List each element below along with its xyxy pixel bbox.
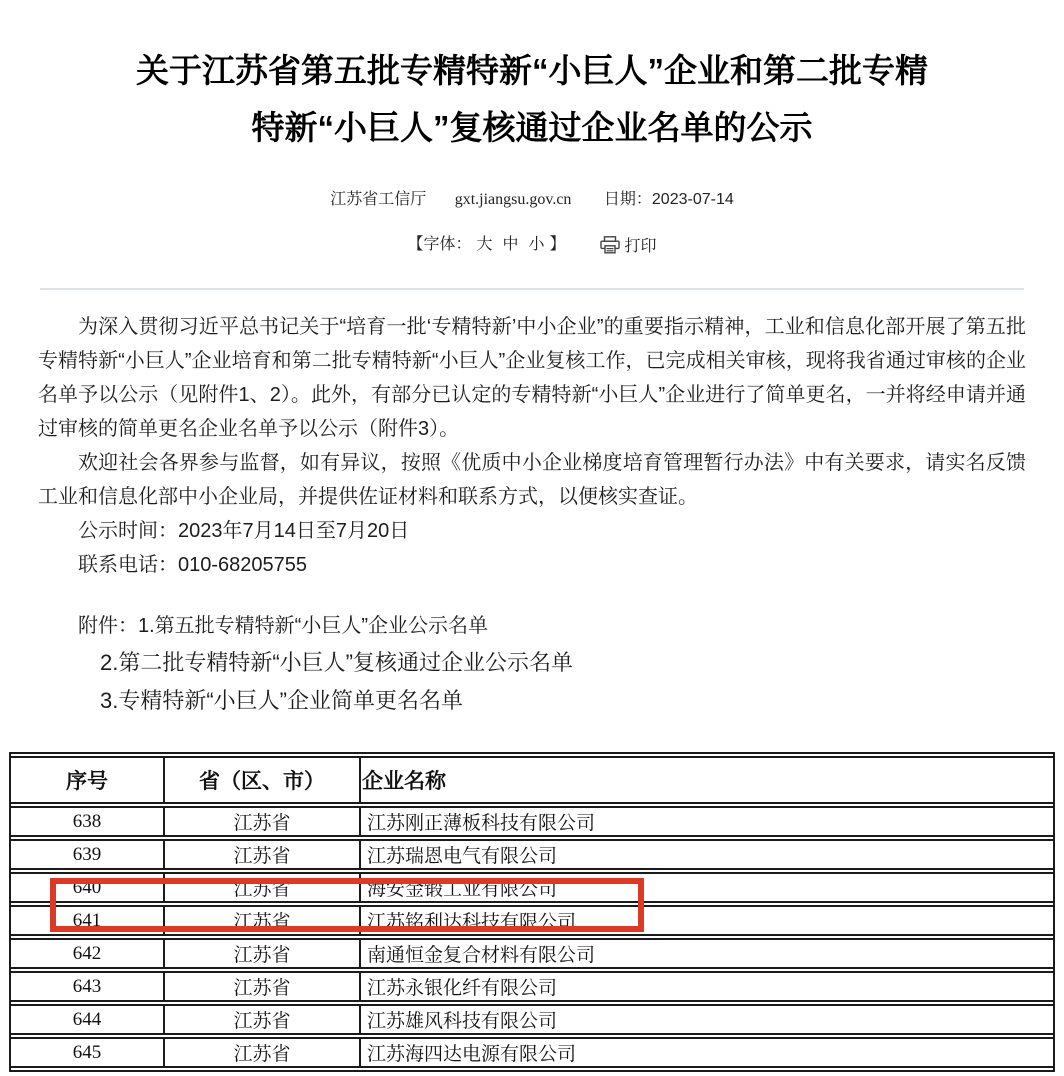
page-title-line1: 关于江苏省第五批专精特新“小巨人”企业和第二批专精 (0, 42, 1064, 99)
row-no: 643 (11, 971, 165, 1002)
row-company: 江苏雄风科技有限公司 (361, 1004, 1053, 1035)
font-size-large-button[interactable]: 大 (476, 236, 492, 253)
row-no: 641 (11, 905, 165, 936)
row-company: 海安金锻工业有限公司 (361, 872, 1053, 903)
table-row: 642 江苏省 南通恒金复合材料有限公司 (11, 938, 1053, 969)
row-no: 638 (11, 806, 165, 837)
attachment-item-2: 2.第二批专精特新“小巨人”复核通过企业公示名单 (38, 644, 1026, 682)
announcement-page: 关于江苏省第五批专精特新“小巨人”企业和第二批专精 特新“小巨人”复核通过企业名… (0, 0, 1064, 1076)
row-no: 642 (11, 938, 165, 969)
printer-icon (600, 236, 620, 254)
font-label-prefix: 【字体： (407, 236, 471, 253)
row-no: 639 (11, 839, 165, 870)
table-row: 641 江苏省 江苏铭利达科技有限公司 (11, 905, 1053, 936)
article-body: 为深入贯彻习近平总书记关于“培育一批‘专精特新’中小企业”的重要指示精神，工业和… (0, 290, 1064, 720)
row-province: 江苏省 (165, 839, 361, 870)
row-province: 江苏省 (165, 806, 361, 837)
header-serial-number: 序号 (11, 756, 165, 804)
font-size-medium-button[interactable]: 中 (502, 236, 518, 253)
company-table-body: 638 江苏省 江苏刚正薄板科技有限公司 639 江苏省 江苏瑞恩电气有限公司 … (11, 806, 1053, 1068)
row-no: 645 (11, 1037, 165, 1068)
source-agency: 江苏省工信厅 (330, 191, 426, 208)
attachments-label: 附件： (78, 615, 138, 637)
paragraph-supervision: 欢迎社会各界参与监督，如有异议，按照《优质中小企业梯度培育管理暂行办法》中有关要… (38, 446, 1026, 514)
row-company: 江苏永银化纤有限公司 (361, 971, 1053, 1002)
attachments-list: 附件：1.第五批专精特新“小巨人”企业公示名单 2.第二批专精特新“小巨人”复核… (38, 608, 1026, 720)
paragraph-intro: 为深入贯彻习近平总书记关于“培育一批‘专精特新’中小企业”的重要指示精神，工业和… (38, 310, 1026, 446)
publish-date: 日期：2023-07-14 (604, 191, 734, 208)
print-button[interactable]: 打印 (600, 233, 657, 256)
row-no: 644 (11, 1004, 165, 1035)
row-company: 江苏瑞恩电气有限公司 (361, 839, 1053, 870)
meta-line: 江苏省工信厅 gxt.jiangsu.gov.cn 日期：2023-07-14 (0, 186, 1064, 209)
attachment-1-text: 1.第五批专精特新“小巨人”企业公示名单 (138, 615, 488, 637)
company-table-container: 序号 省（区、市） 企业名称 638 江苏省 江苏刚正薄板科技有限公司 639 … (9, 752, 1055, 1072)
row-no: 640 (11, 872, 165, 903)
row-province: 江苏省 (165, 1004, 361, 1035)
row-province: 江苏省 (165, 971, 361, 1002)
table-row: 643 江苏省 江苏永银化纤有限公司 (11, 971, 1053, 1002)
toolbar: 【字体：大中小】 打印 (0, 231, 1064, 256)
company-table-head: 序号 省（区、市） 企业名称 (11, 756, 1053, 804)
table-row: 640 江苏省 海安金锻工业有限公司 (11, 872, 1053, 903)
row-province: 江苏省 (165, 1037, 361, 1068)
row-company: 江苏海四达电源有限公司 (361, 1037, 1053, 1068)
table-row: 639 江苏省 江苏瑞恩电气有限公司 (11, 839, 1053, 870)
source-website: gxt.jiangsu.gov.cn (455, 191, 572, 208)
row-province: 江苏省 (165, 872, 361, 903)
table-row: 644 江苏省 江苏雄风科技有限公司 (11, 1004, 1053, 1035)
page-title-line2: 特新“小巨人”复核通过企业名单的公示 (0, 99, 1064, 156)
row-company: 江苏铭利达科技有限公司 (361, 905, 1053, 936)
row-province: 江苏省 (165, 905, 361, 936)
row-province: 江苏省 (165, 938, 361, 969)
font-size-control: 【字体：大中小】 (407, 236, 565, 253)
attachment-item-1: 附件：1.第五批专精特新“小巨人”企业公示名单 (38, 608, 1026, 644)
font-label-suffix: 】 (550, 236, 566, 253)
row-company: 江苏刚正薄板科技有限公司 (361, 806, 1053, 837)
contact-phone: 联系电话：010-68205755 (38, 548, 1026, 582)
print-label: 打印 (625, 233, 657, 256)
header-province: 省（区、市） (165, 756, 361, 804)
table-row: 645 江苏省 江苏海四达电源有限公司 (11, 1037, 1053, 1068)
table-row: 638 江苏省 江苏刚正薄板科技有限公司 (11, 806, 1053, 837)
page-title: 关于江苏省第五批专精特新“小巨人”企业和第二批专精 特新“小巨人”复核通过企业名… (0, 0, 1064, 156)
company-table: 序号 省（区、市） 企业名称 638 江苏省 江苏刚正薄板科技有限公司 639 … (9, 752, 1055, 1072)
row-company: 南通恒金复合材料有限公司 (361, 938, 1053, 969)
font-size-small-button[interactable]: 小 (529, 236, 545, 253)
attachment-item-3: 3.专精特新“小巨人”企业简单更名名单 (38, 682, 1026, 720)
publicity-period: 公示时间：2023年7月14日至7月20日 (38, 514, 1026, 548)
header-company-name: 企业名称 (361, 756, 1053, 804)
